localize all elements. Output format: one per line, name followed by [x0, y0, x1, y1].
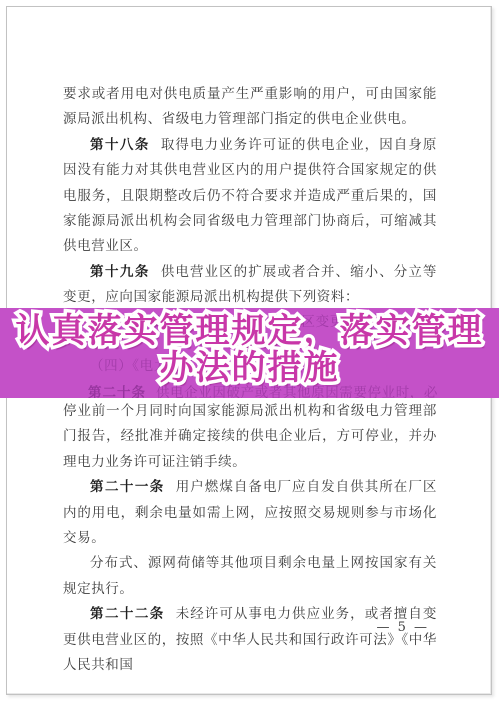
banner-title-line1-fill: 认真落实管理规定，落实管理 [16, 311, 484, 351]
article-22-paragraph: 第二十二条未经许可从事电力供应业务，或者擅自变更供电营业区的，按照《中华人民共和… [63, 602, 437, 678]
article-21-paragraph: 第二十一条用户燃煤自备电厂应自发自供其所在厂区内的用电，剩余电量如需上网，应按照… [63, 475, 437, 551]
article-19-paragraph: 第十九条供电营业区的扩展或者合并、缩小、分立等变更，应向国家能源局派出机构提供下… [63, 260, 437, 311]
article-21-number: 第二十一条 [90, 479, 165, 495]
article-22-number: 第二十二条 [90, 606, 165, 622]
document-sheet: 要求或者用电对供电质量产生严重影响的用户，可由国家能源局派出机构、省级电力管理部… [0, 0, 499, 702]
page-number: — 5 — [376, 620, 429, 635]
banner-title-line1: 认真落实管理规定，落实管理 认真落实管理规定，落实管理 [0, 313, 499, 350]
banner-title: 认真落实管理规定，落实管理 认真落实管理规定，落实管理 办法的措施 办法的措施 [0, 308, 499, 398]
document-body-top: 要求或者用电对供电质量产生严重影响的用户，可由国家能源局派出机构、省级电力管理部… [63, 82, 437, 336]
paragraph-continuation: 要求或者用电对供电质量产生严重影响的用户，可由国家能源局派出机构、省级电力管理部… [63, 82, 437, 133]
banner-title-line2-fill: 办法的措施 [160, 348, 340, 388]
document-body-bottom: 停业前一个月同时向国家能源局派出机构和省级电力管理部门报告，经批准并确定接续的供… [63, 399, 437, 678]
article-20-continuation: 停业前一个月同时向国家能源局派出机构和省级电力管理部门报告，经批准并确定接续的供… [63, 399, 437, 475]
article-18-text: 取得电力业务许可证的供电企业，因自身原因没有能力对其供电营业区内的用户提供符合国… [63, 137, 437, 255]
article-19-number: 第十九条 [90, 264, 150, 280]
article-18-paragraph: 第十八条取得电力业务许可证的供电企业，因自身原因没有能力对其供电营业区内的用户提… [63, 133, 437, 260]
banner-title-line2: 办法的措施 办法的措施 [0, 350, 499, 387]
distributed-projects-paragraph: 分布式、源网荷储等其他项目剩余电量上网按国家有关规定执行。 [63, 551, 437, 602]
article-18-number: 第十八条 [90, 137, 150, 153]
overlay-banner: （二）与相邻供电企业就供电营业区变更达成的协议； （四）《电力业务许可证》及其他… [0, 308, 499, 398]
